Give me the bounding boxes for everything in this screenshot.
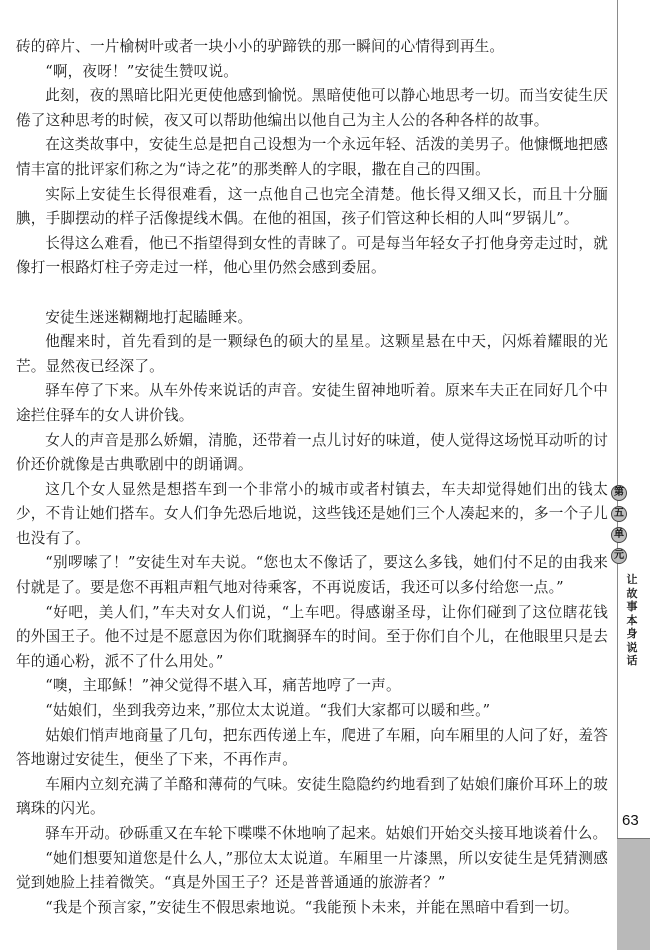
unit-char-badge: 单 (611, 527, 627, 543)
paragraph: 在这类故事中，安徒生总是把自己设想为一个永远年轻、活泼的美男子。他慷慨地把感情丰… (16, 133, 608, 182)
paragraph: “噢，主耶稣！”神父觉得不堪入耳，痛苦地哼了一声。 (16, 674, 608, 699)
margin-rule (617, 0, 618, 950)
body-text: 砖的碎片、一片榆树叶或者一块小小的驴蹄铁的那一瞬间的心情得到再生。 “啊，夜呀！… (16, 35, 608, 920)
section-title-vertical: 让 故 事 本 身 说 话 (624, 573, 640, 668)
unit-char-badge: 五 (611, 506, 627, 522)
section-char: 让 (624, 573, 640, 587)
page-edge-tab (617, 838, 650, 950)
paragraph: 安徒生迷迷糊糊地打起瞌睡来。 (16, 306, 608, 331)
paragraph: 驿车开动。砂砾重又在车轮下喋喋不休地响了起来。姑娘们开始交头接耳地谈着什么。 (16, 822, 608, 847)
section-break (16, 281, 608, 306)
paragraph: 此刻，夜的黑暗比阳光更使他感到愉悦。黑暗使他可以静心地思考一切。而当安徒生厌倦了… (16, 84, 608, 133)
unit-char-badge: 元 (611, 548, 627, 564)
paragraph: “姑娘们，坐到我旁边来，”那位太太说道。“我们大家都可以暖和些。” (16, 699, 608, 724)
unit-char-badge: 第 (611, 485, 627, 501)
section-char: 事 (624, 600, 640, 614)
paragraph: “啊，夜呀！”安徒生赞叹说。 (16, 60, 608, 85)
section-char: 故 (624, 587, 640, 601)
paragraph: 长得这么难看，他已不指望得到女性的青睐了。可是每当年轻女子打他身旁走过时，就像打… (16, 232, 608, 281)
paragraph: 实际上安徒生长得很难看，这一点他自己也完全清楚。他长得又细又长，而且十分腼腆，手… (16, 183, 608, 232)
paragraph: 女人的声音是那么娇媚，清脆，还带着一点儿讨好的味道，使人觉得这场悦耳动听的讨价还… (16, 429, 608, 478)
page-number: 63 (622, 812, 639, 829)
paragraph: “别啰嗦了！”安徒生对车夫说。“您也太不像话了，要这么多钱，她们付不足的由我来付… (16, 551, 608, 600)
paragraph: 这几个女人显然是想搭车到一个非常小的城市或者村镇去，车夫却觉得她们出的钱太少，不… (16, 478, 608, 552)
paragraph: “我是个预言家，”安徒生不假思索地说。“我能预卜未来，并能在黑暗中看到一切。 (16, 896, 608, 921)
paragraph: “她们想要知道您是什么人，”那位太太说道。车厢里一片漆黑，所以安徒生是凭猜测感觉… (16, 847, 608, 896)
paragraph: 车厢内立刻充满了羊酪和薄荷的气味。安徒生隐隐约约地看到了姑娘们廉价耳环上的玻璃珠… (16, 773, 608, 822)
paragraph: “好吧，美人们，”车夫对女人们说，“上车吧。得感谢圣母，让你们碰到了这位瞎花钱的… (16, 601, 608, 675)
section-char: 话 (624, 654, 640, 668)
paragraph: 驿车停了下来。从车外传来说话的声音。安徒生留神地听着。原来车夫正在同好几个中途拦… (16, 379, 608, 428)
paragraph: 他醒来时，首先看到的是一颗绿色的硕大的星星。这颗星悬在中天，闪烁着耀眼的光芒。显… (16, 330, 608, 379)
section-char: 本 (624, 614, 640, 628)
paragraph: 砖的碎片、一片榆树叶或者一块小小的驴蹄铁的那一瞬间的心情得到再生。 (16, 35, 608, 60)
unit-label: 第 五 单 元 (611, 485, 627, 569)
section-char: 说 (624, 641, 640, 655)
paragraph: 姑娘们悄声地商量了几句，把东西传递上车，爬进了车厢，向车厢里的人问了好，羞答答地… (16, 724, 608, 773)
section-char: 身 (624, 627, 640, 641)
